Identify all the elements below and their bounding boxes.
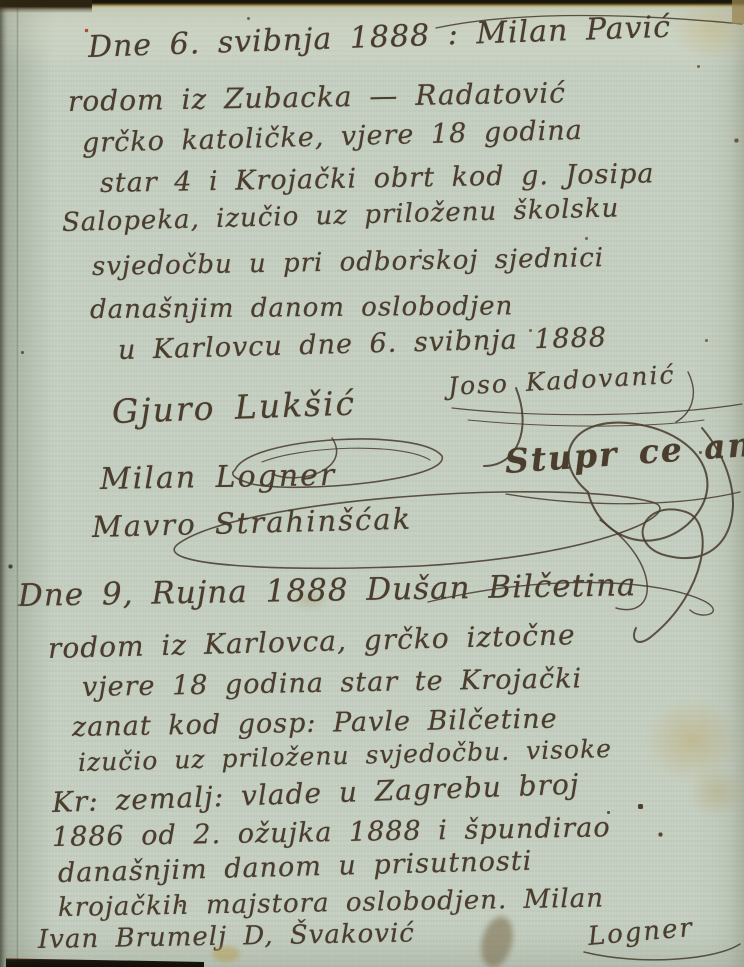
entry1-line1: Dne 6. svibnja 1888 : Milan Pavić — [87, 10, 671, 65]
entry1-line6: svjedočbu u pri odborskoj sjednici — [92, 243, 605, 282]
entry1-line4: star 4 i Krojački obrt kod g. Josipa — [100, 158, 655, 199]
page-edge-top — [0, 0, 744, 8]
ink-smudge — [476, 913, 518, 967]
signature-milan-logner: Milan Logner — [100, 458, 337, 497]
big-signature-underline — [506, 492, 740, 504]
entry1-line5: Salopeka, izučio uz priloženu školsku — [62, 193, 620, 238]
signature-flourish-illegible: Stupr ce any — [504, 423, 744, 481]
entry1-line7: današnjim danom oslobodjen — [90, 291, 514, 325]
entry2-line3: vjere 18 godina star te Krojački — [82, 663, 583, 703]
kadovanic-underline-b — [468, 420, 704, 426]
entry2-line8: današnjim danom u prisutnosti — [58, 846, 533, 889]
signature-logner-closing: Logner — [587, 913, 695, 952]
entry2-line9: krojačkih majstora oslobodjen. Milan — [58, 883, 604, 923]
signature-mavro-strahinscak: Mavro Strahinšćak — [92, 502, 413, 544]
page-edge-left — [0, 0, 8, 967]
yellow-stain — [212, 946, 240, 962]
page-corner-top-right — [732, 0, 744, 24]
entry1-line8: u Karlovcu dne 6. svibnja 1888 — [118, 322, 608, 366]
signature-joso-kadovanic: Joso Kadovanić — [447, 360, 676, 401]
entry1-line3: grčko katoličke, vjere 18 godina — [82, 115, 584, 159]
kadovanic-underline-a — [452, 404, 742, 415]
manuscript-page: Dne 6. svibnja 1888 : Milan Pavić rodom … — [0, 0, 744, 967]
entry1-line2: rodom iz Zubacka — Radatović — [68, 76, 566, 118]
binding-crease — [16, 0, 20, 967]
signature-gjuro-luksic: Gjuro Lukšić — [111, 383, 356, 430]
kadovanic-tail — [676, 372, 693, 422]
entry2-line2: rodom iz Karlovca, grčko iztočne — [48, 618, 576, 665]
entry2-line1: Dne 9, Rujna 1888 Dušan Bilčetina — [18, 567, 637, 614]
book-cover-edge — [6, 955, 204, 967]
page-corner-top-left — [0, 0, 92, 13]
